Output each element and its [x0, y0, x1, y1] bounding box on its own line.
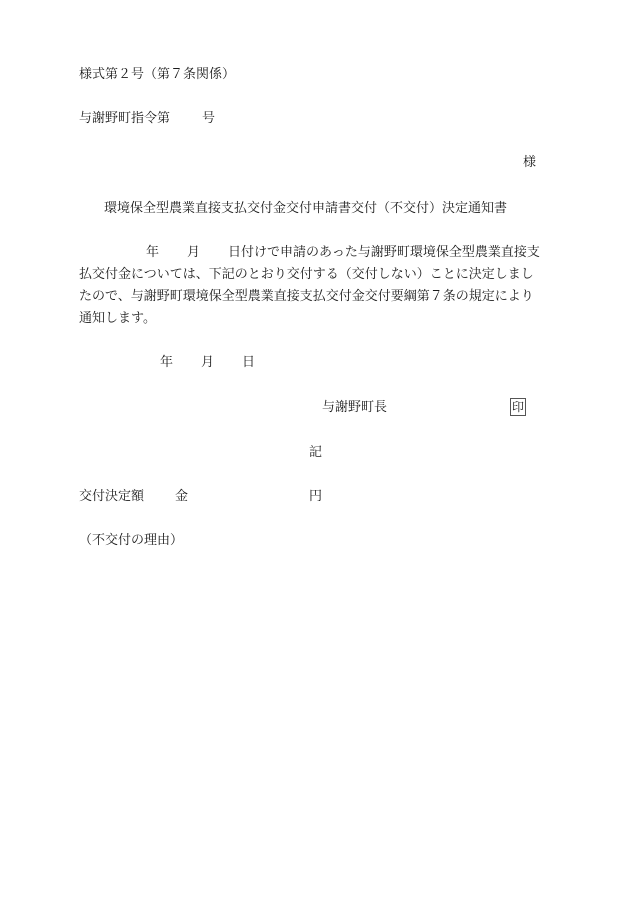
date-year: 年	[160, 355, 173, 370]
section-heading: 記	[309, 445, 322, 461]
body-line-1: 年月日付けで申請のあった与謝野町環境保全型農業直接支	[79, 242, 549, 264]
body-line-2: 払交付金については、下記のとおり交付する（交付しない）ことに決定しまし	[79, 264, 549, 286]
amount-label: 交付決定額	[79, 489, 175, 505]
amount-row: 交付決定額金円	[79, 489, 322, 505]
form-number: 様式第２号（第７条関係）	[79, 67, 235, 83]
seal-mark: 印	[510, 398, 526, 416]
date-month: 月	[201, 355, 214, 370]
issuer-name: 与謝野町長	[322, 400, 387, 416]
amount-unit: 円	[309, 489, 322, 504]
date-day: 日	[242, 355, 255, 370]
directive-number: 与謝野町指令第号	[79, 111, 215, 127]
body-month: 月	[187, 245, 200, 260]
directive-prefix: 与謝野町指令第	[79, 111, 170, 126]
issue-date: 年月日	[160, 355, 255, 371]
body-year: 年	[146, 245, 159, 260]
body-line-4: 通知します。	[79, 308, 549, 330]
amount-prefix: 金	[175, 489, 309, 505]
recipient-honorific: 様	[523, 155, 536, 171]
document-page: 様式第２号（第７条関係） 与謝野町指令第号 様 環境保全型農業直接支払交付金交付…	[0, 0, 630, 903]
body-paragraph: 年月日付けで申請のあった与謝野町環境保全型農業直接支 払交付金については、下記の…	[79, 242, 549, 330]
directive-suffix: 号	[202, 111, 215, 126]
body-line-1-text: 日付けで申請のあった与謝野町環境保全型農業直接支	[228, 245, 540, 260]
document-title: 環境保全型農業直接支払交付金交付申請書交付（不交付）決定通知書	[104, 201, 507, 217]
body-line-3: たので、与謝野町環境保全型農業直接支払交付金交付要綱第７条の規定により	[79, 286, 549, 308]
reason-label: （不交付の理由）	[79, 533, 183, 549]
